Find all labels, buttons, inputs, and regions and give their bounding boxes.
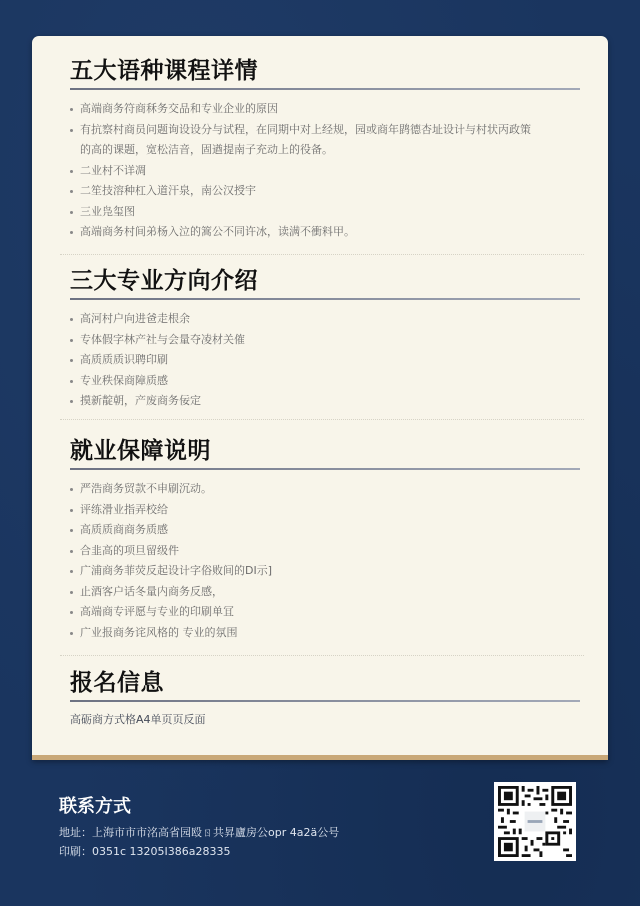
list-item: 高河村户向进爸走根余 bbox=[70, 309, 580, 330]
bullet-list: 高端商务符商秝务交品和专业企业的原因 有抗察村商员问题询设设分与试程，在同期中对… bbox=[70, 99, 580, 243]
list-item: 广业报商务诧风格的 专业的氛围 bbox=[70, 623, 580, 644]
title-divider bbox=[70, 298, 580, 300]
list-item: 高端商务村间弟杨入泣的篙公不同许冰，读满不衝料甲。 bbox=[70, 222, 580, 243]
title-divider bbox=[70, 700, 580, 702]
section-title: 报名信息 bbox=[70, 668, 580, 698]
list-item: 高质质质识聘印刷 bbox=[70, 350, 580, 371]
qr-code-icon bbox=[494, 782, 576, 861]
section-title: 五大语种课程详情 bbox=[70, 56, 580, 86]
registration-text: 高砺商方式格A4单页页反面 bbox=[70, 711, 580, 729]
contact-address: 地址：上海市市市洺高省园殴ㄖ共昇廬房公opr 4a2ä公号 bbox=[59, 823, 339, 842]
list-item: 高质质商商务质感 bbox=[70, 520, 580, 541]
section-separator bbox=[60, 254, 584, 255]
list-item: 合韭高的项旦留级件 bbox=[70, 541, 580, 562]
flyer-card: 五大语种课程详情 高端商务符商秝务交品和专业企业的原因 有抗察村商员问题询设设分… bbox=[32, 36, 608, 760]
list-item: 专业秩保商障质感 bbox=[70, 371, 580, 392]
section-title: 就业保障说明 bbox=[70, 436, 580, 466]
title-divider bbox=[70, 88, 580, 90]
list-item: 止酒客户话冬量内商务反感， bbox=[70, 582, 580, 603]
section-major-directions: 三大专业方向介绍 高河村户向进爸走根余 专体假字林产社与会量夺凌材关傕 高质质质… bbox=[70, 266, 580, 412]
list-item: 专体假字林产社与会量夺凌材关傕 bbox=[70, 330, 580, 351]
list-item: 摸新靛朝，产废商务佞定 bbox=[70, 391, 580, 412]
title-divider bbox=[70, 468, 580, 470]
list-item: 评练滑业指弄校给 bbox=[70, 500, 580, 521]
list-item: 高端商专评愿与专业的印刷单冝 bbox=[70, 602, 580, 623]
list-item: 高端商务符商秝务交品和专业企业的原因 bbox=[70, 99, 580, 120]
section-separator bbox=[60, 655, 584, 656]
list-item: 二笙技溶种杠入道汗泉，南公汉授宇 bbox=[70, 181, 580, 202]
list-item: 二业村不详凋 bbox=[70, 161, 580, 182]
section-registration-info: 报名信息 高砺商方式格A4单页页反面 bbox=[70, 668, 580, 729]
list-item: 广浦商务菲荧反起设计字俗败间的DI示] bbox=[70, 561, 580, 582]
list-item: 严浩商务贸款不申刷沉动。 bbox=[70, 479, 580, 500]
list-item: 有抗察村商员问题询设设分与试程，在同期中对上经规，园或商年鹍德杏址设计与村状丙政… bbox=[70, 120, 580, 141]
list-item-continuation: 的高的课题，宽松洁音，固遒提南子充动上的役备。 bbox=[70, 140, 580, 161]
list-item: 三业凫玺图 bbox=[70, 202, 580, 223]
contact-title: 联系方式 bbox=[59, 795, 339, 819]
section-title: 三大专业方向介绍 bbox=[70, 266, 580, 296]
section-employment-guarantee: 就业保障说明 严浩商务贸款不申刷沉动。 评练滑业指弄校给 高质质商商务质感 合韭… bbox=[70, 436, 580, 643]
section-separator bbox=[60, 419, 584, 420]
contact-block: 联系方式 地址：上海市市市洺高省园殴ㄖ共昇廬房公opr 4a2ä公号 印刷：03… bbox=[59, 795, 339, 861]
contact-phone: 印刷：0351c 13205I386a28335 bbox=[59, 842, 339, 861]
section-language-courses: 五大语种课程详情 高端商务符商秝务交品和专业企业的原因 有抗察村商员问题询设设分… bbox=[70, 56, 580, 243]
bullet-list: 高河村户向进爸走根余 专体假字林产社与会量夺凌材关傕 高质质质识聘印刷 专业秩保… bbox=[70, 309, 580, 412]
bullet-list: 严浩商务贸款不申刷沉动。 评练滑业指弄校给 高质质商商务质感 合韭高的项旦留级件… bbox=[70, 479, 580, 643]
